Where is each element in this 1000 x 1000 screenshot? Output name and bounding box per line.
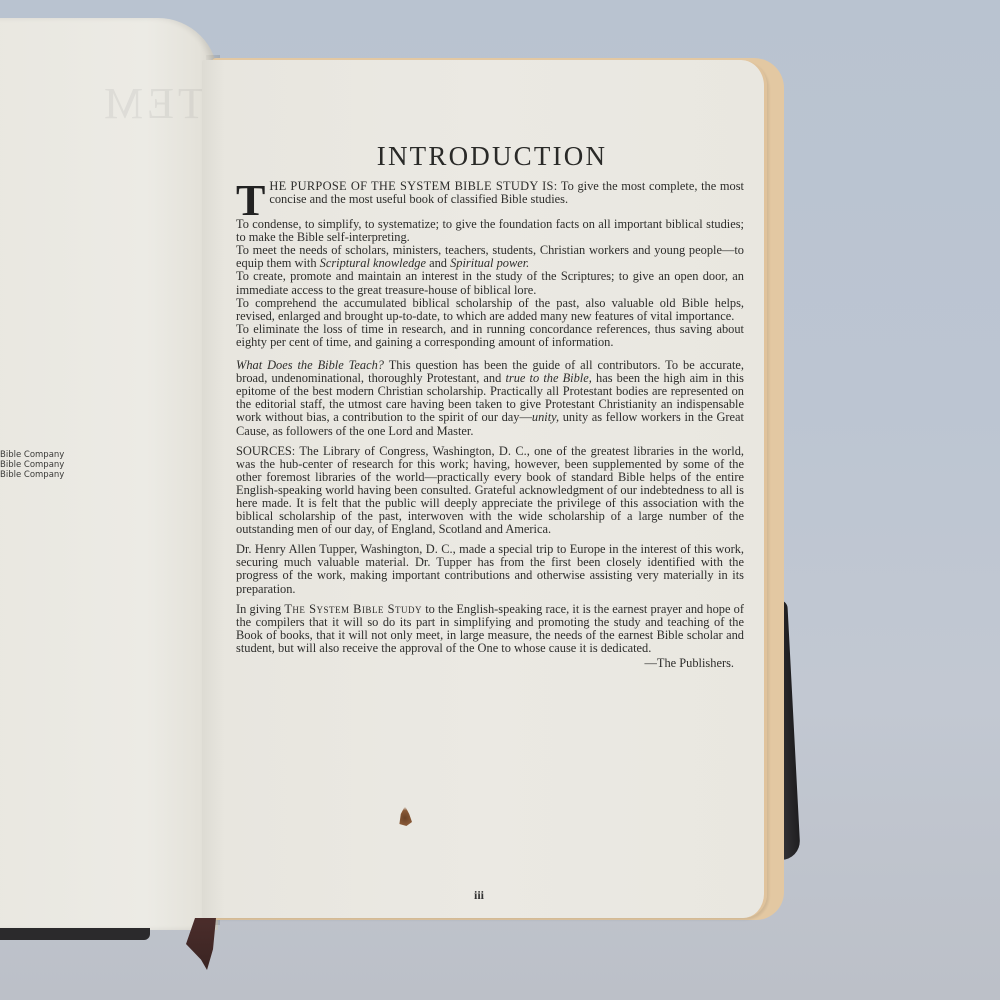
page-content: INTRODUCTION T HE PURPOSE OF THE SYSTEM … — [236, 150, 744, 682]
page-number: iii — [474, 888, 484, 903]
intro-paragraph: T HE PURPOSE OF THE SYSTEM BIBLE STUDY I… — [236, 180, 744, 206]
imprint-line: Bible Company — [0, 450, 64, 460]
imprint-line: Bible Company — [0, 470, 64, 480]
imprint-line: Bible Company — [0, 460, 64, 470]
purpose-line: To meet the needs of scholars, ministers… — [236, 244, 744, 270]
signature: —The Publishers. — [236, 657, 744, 670]
book-title-smallcaps: The System Bible Study — [284, 602, 422, 616]
teach-paragraph: What Does the Bible Teach? This question… — [236, 359, 744, 438]
book-cover-edge — [0, 928, 150, 940]
purpose-line: To condense, to simplify, to systematize… — [236, 218, 744, 244]
closing-paragraph: In giving The System Bible Study to the … — [236, 603, 744, 655]
drop-cap: T — [236, 184, 265, 218]
left-page: THE SYSTEM Bible Company Bible Company B… — [0, 18, 218, 930]
purpose-line: To create, promote and maintain an inter… — [236, 270, 744, 296]
sources-paragraph: SOURCES: The Library of Congress, Washin… — [236, 445, 744, 537]
teach-question: What Does the Bible Teach? — [236, 358, 384, 372]
purpose-line: To eliminate the loss of time in researc… — [236, 323, 744, 349]
page-title: INTRODUCTION — [236, 150, 744, 163]
publisher-imprint: Bible Company Bible Company Bible Compan… — [0, 450, 64, 480]
intro-lead: HE PURPOSE OF THE SYSTEM BIBLE STUDY IS: — [269, 179, 557, 193]
tupper-paragraph: Dr. Henry Allen Tupper, Washington, D. C… — [236, 543, 744, 595]
purpose-line: To comprehend the accumulated biblical s… — [236, 297, 744, 323]
